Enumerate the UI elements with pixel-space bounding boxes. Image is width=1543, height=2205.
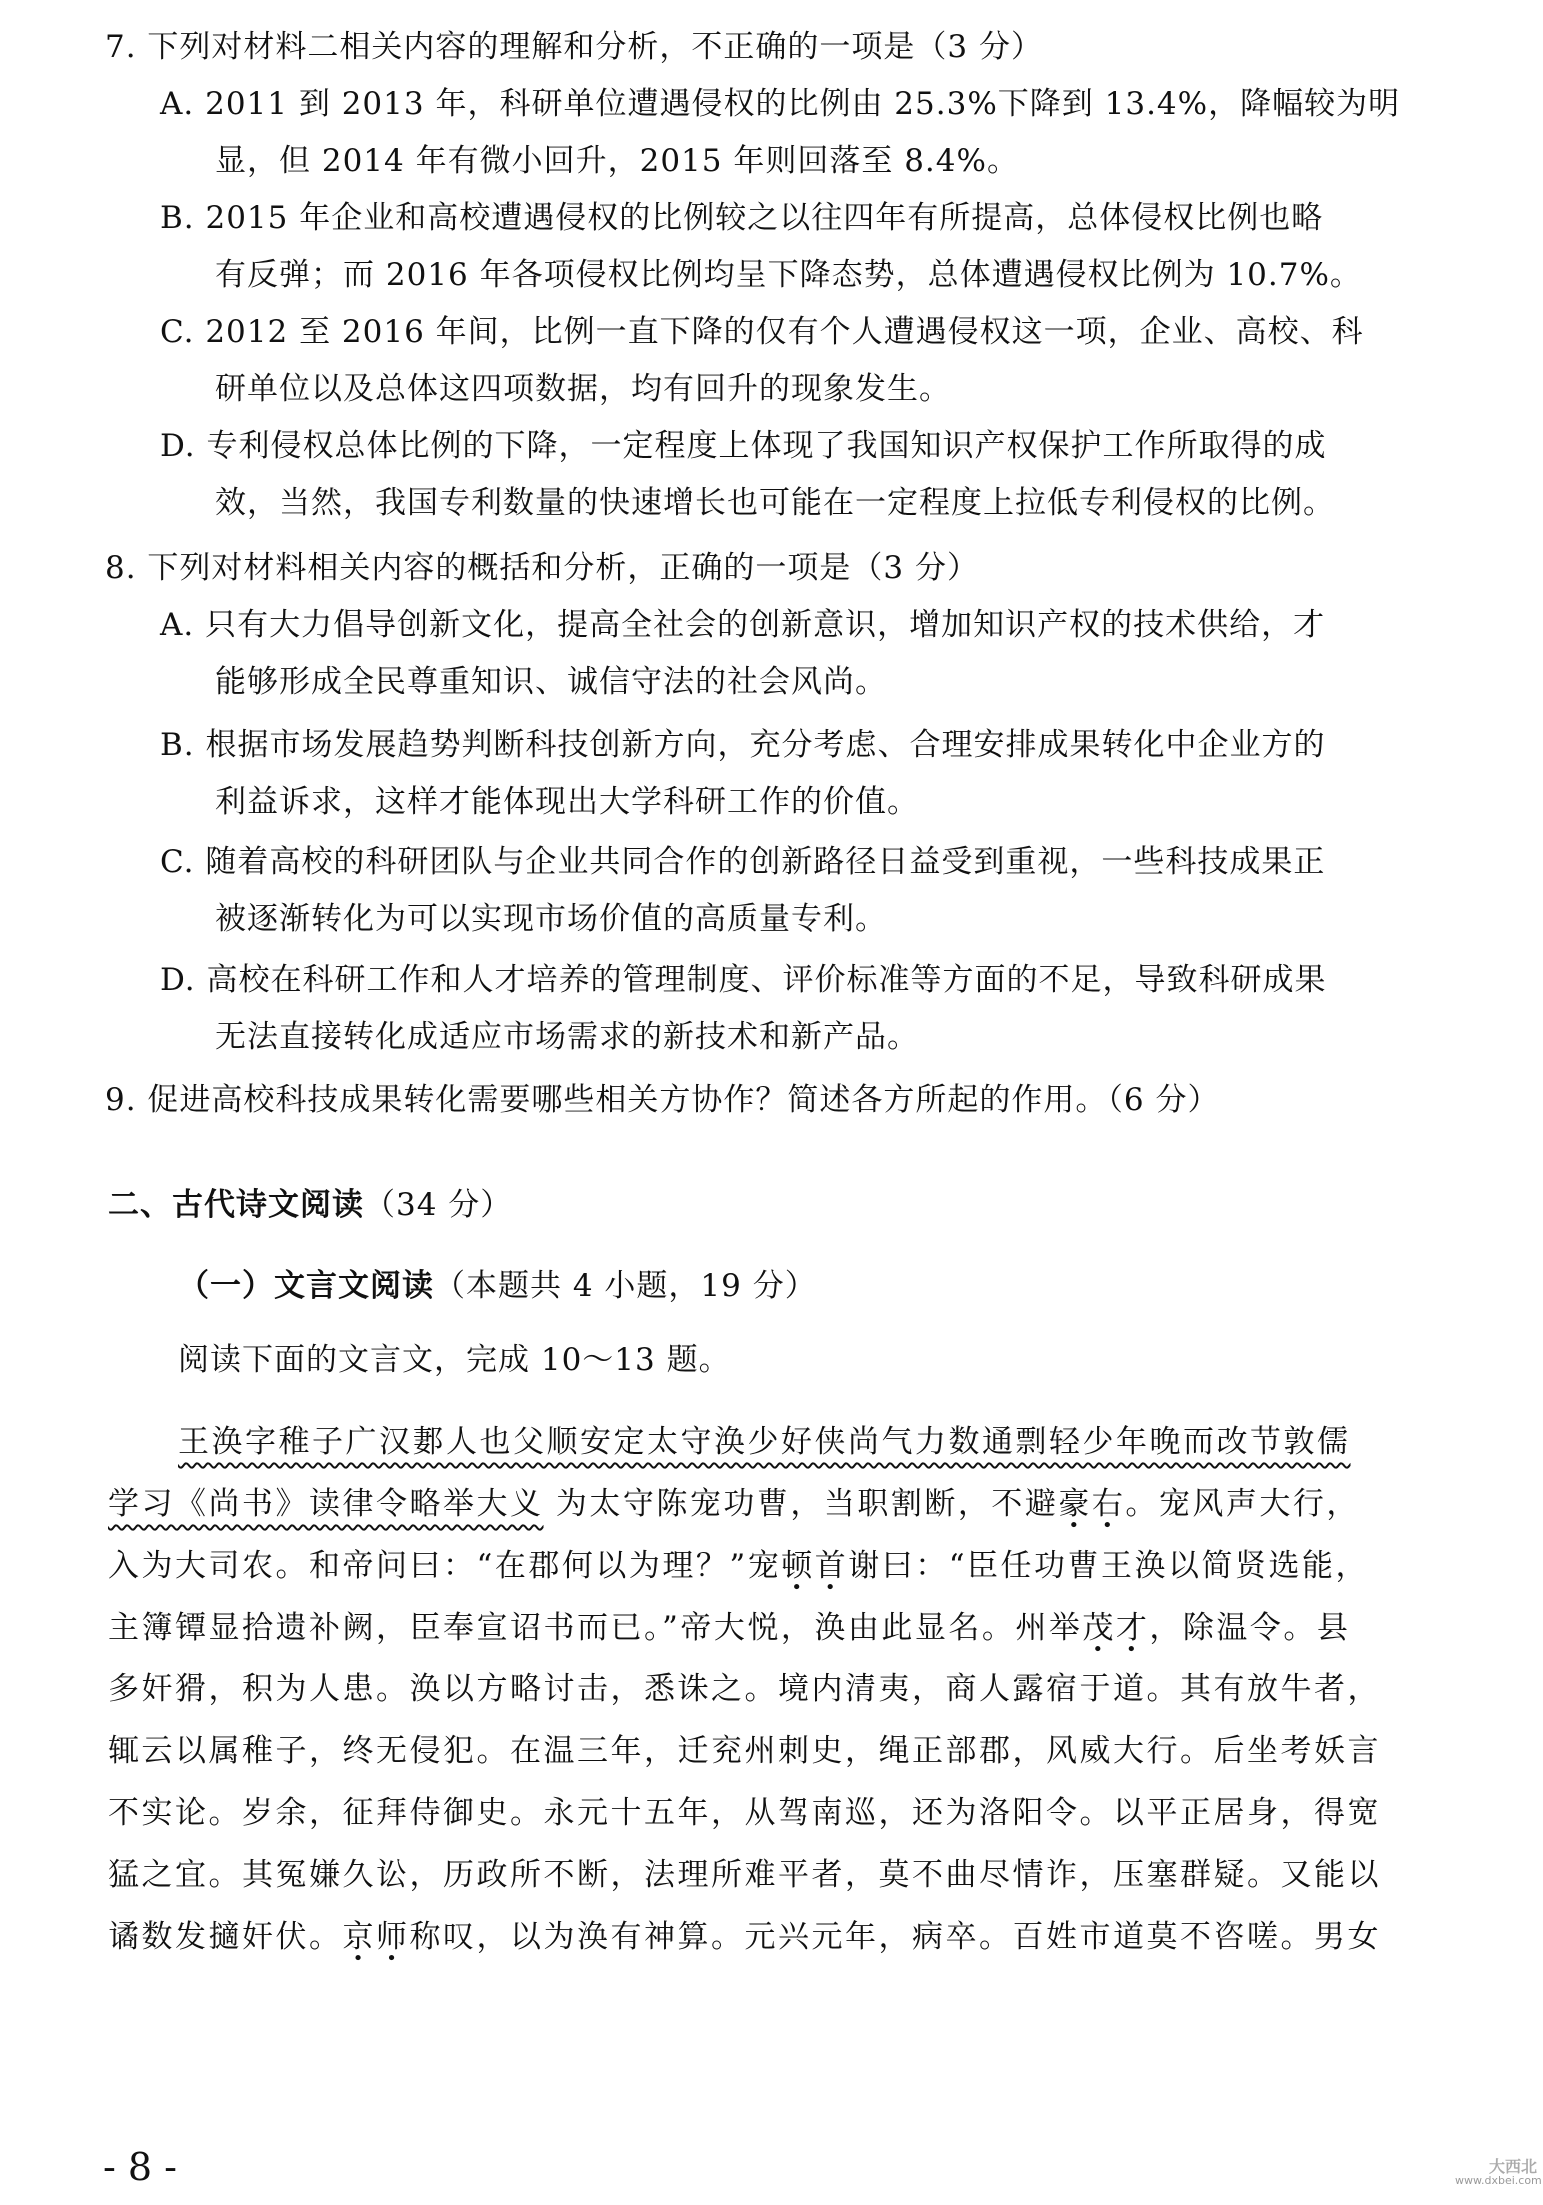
- dotted-char: 右: [1092, 1486, 1126, 1522]
- question-7-option-d: D. 专利侵权总体比例的下降，一定程度上体现了我国知识产权保护工作所取得的成: [160, 426, 1326, 466]
- passage-line-7: 不实论。岁余，征拜侍御史。永元十五年，从驾南巡，还为洛阳令。以平正居身，得宽: [108, 1793, 1381, 1833]
- watermark-url: www.dxbei.com: [1455, 2174, 1537, 2188]
- section-heading: 二、古代诗文阅读（34 分）: [108, 1185, 512, 1225]
- passage-line-2: 学习《尚书》读律令略举大义 为太守陈宠功曹，当职割断，不避豪右。宠风声大行，: [108, 1484, 1360, 1524]
- question-9-stem: 9. 促进高校科技成果转化需要哪些相关方协作？简述各方所起的作用。（6 分）: [105, 1080, 1220, 1120]
- dotted-char: 茂: [1082, 1610, 1116, 1646]
- question-7-option-d-cont: 效，当然，我国专利数量的快速增长也可能在一定程度上拉低专利侵权的比例。: [215, 483, 1335, 523]
- instructions: 阅读下面的文言文，完成 10～13 题。: [178, 1340, 731, 1380]
- subsection-heading: （一）文言文阅读（本题共 4 小题，19 分）: [178, 1266, 817, 1306]
- question-8-option-a: A. 只有大力倡导创新文化，提高全社会的创新意识，增加知识产权的技术供给，才: [160, 605, 1325, 645]
- question-8-option-b: B. 根据市场发展趋势判断科技创新方向，充分考虑、合理安排成果转化中企业方的: [160, 725, 1326, 765]
- question-7-option-c-cont: 研单位以及总体这四项数据，均有回升的现象发生。: [215, 369, 951, 409]
- question-8-option-d: D. 高校在科研工作和人才培养的管理制度、评价标准等方面的不足，导致科研成果: [160, 960, 1326, 1000]
- passage-line-3: 入为大司农。和帝问曰：“在郡何以为理？”宠顿首谢曰：“臣任功曹王涣以简贤选能，: [108, 1546, 1369, 1586]
- passage-line-6: 辄云以属稚子，终无侵犯。在温三年，迁兖州刺史，绳正部郡，风威大行。后坐考妖言: [108, 1731, 1381, 1771]
- question-7-option-c: C. 2012 至 2016 年间，比例一直下降的仅有个人遭遇侵权这一项，企业、…: [160, 312, 1364, 352]
- section-score: （34 分）: [364, 1187, 512, 1223]
- passage-line-4: 主簿镡显拾遗补阙，臣奉宣诏书而已。”帝大悦，涣由此显名。州举茂才，除温令。县: [108, 1608, 1350, 1648]
- watermark-name: 大西北: [1455, 2160, 1537, 2174]
- passage-line-1: 王涣字稚子广汉郪人也父顺安定太守涣少好侠尚气力数通剽轻少年晚而改节敦儒: [178, 1422, 1351, 1462]
- question-7-option-b: B. 2015 年企业和高校遭遇侵权的比例较之以往四年有所提高，总体侵权比例也略: [160, 198, 1323, 238]
- question-8-option-c: C. 随着高校的科研团队与企业共同合作的创新路径日益受到重视，一些科技成果正: [160, 842, 1325, 882]
- dotted-char: 首: [815, 1548, 849, 1584]
- dotted-char: 京: [343, 1919, 377, 1955]
- question-8-option-a-cont: 能够形成全民尊重知识、诚信守法的社会风尚。: [215, 662, 887, 702]
- passage-line-5: 多奸猾，积为人患。涣以方略讨击，悉诛之。境内清夷，商人露宿于道。其有放牛者，: [108, 1669, 1381, 1709]
- question-8-option-c-cont: 被逐渐转化为可以实现市场价值的高质量专利。: [215, 899, 887, 939]
- page-number: - 8 -: [103, 2145, 177, 2189]
- wavy-underlined-text: 王涣字稚子广汉郪人也父顺安定太守涣少好侠尚气力数通剽轻少年晚而改节敦儒: [178, 1424, 1351, 1460]
- dotted-char: 师: [376, 1919, 410, 1955]
- question-7-option-a: A. 2011 到 2013 年，科研单位遭遇侵权的比例由 25.3%下降到 1…: [160, 84, 1400, 124]
- question-7-option-a-cont: 显，但 2014 年有微小回升，2015 年则回落至 8.4%。: [215, 141, 1019, 181]
- question-8-stem: 8. 下列对材料相关内容的概括和分析，正确的一项是（3 分）: [105, 548, 979, 588]
- dotted-char: 顿: [781, 1548, 815, 1584]
- subsection-title: （一）文言文阅读: [178, 1268, 434, 1304]
- passage-line-9: 谲数发擿奸伏。京师称叹，以为涣有神算。元兴元年，病卒。百姓市道莫不咨嗟。男女: [108, 1917, 1381, 1957]
- question-7-stem: 7. 下列对材料二相关内容的理解和分析，不正确的一项是（3 分）: [105, 27, 1043, 67]
- section-title: 二、古代诗文阅读: [108, 1187, 364, 1223]
- question-7-option-b-cont: 有反弹；而 2016 年各项侵权比例均呈下降态势，总体遭遇侵权比例为 10.7%…: [215, 255, 1362, 295]
- question-8-option-b-cont: 利益诉求，这样才能体现出大学科研工作的价值。: [215, 782, 919, 822]
- wavy-underlined-text: 学习《尚书》读律令略举大义: [108, 1486, 544, 1522]
- question-8-option-d-cont: 无法直接转化成适应市场需求的新技术和新产品。: [215, 1017, 919, 1057]
- watermark-logo: 大西北 www.dxbei.com: [1455, 2160, 1537, 2198]
- dotted-char: 才: [1116, 1610, 1150, 1646]
- dotted-char: 豪: [1058, 1486, 1092, 1522]
- passage-line-8: 猛之宜。其冤嫌久讼，历政所不断，法理所难平者，莫不曲尽情诈，压塞群疑。又能以: [108, 1855, 1381, 1895]
- subsection-note: （本题共 4 小题，19 分）: [434, 1268, 817, 1304]
